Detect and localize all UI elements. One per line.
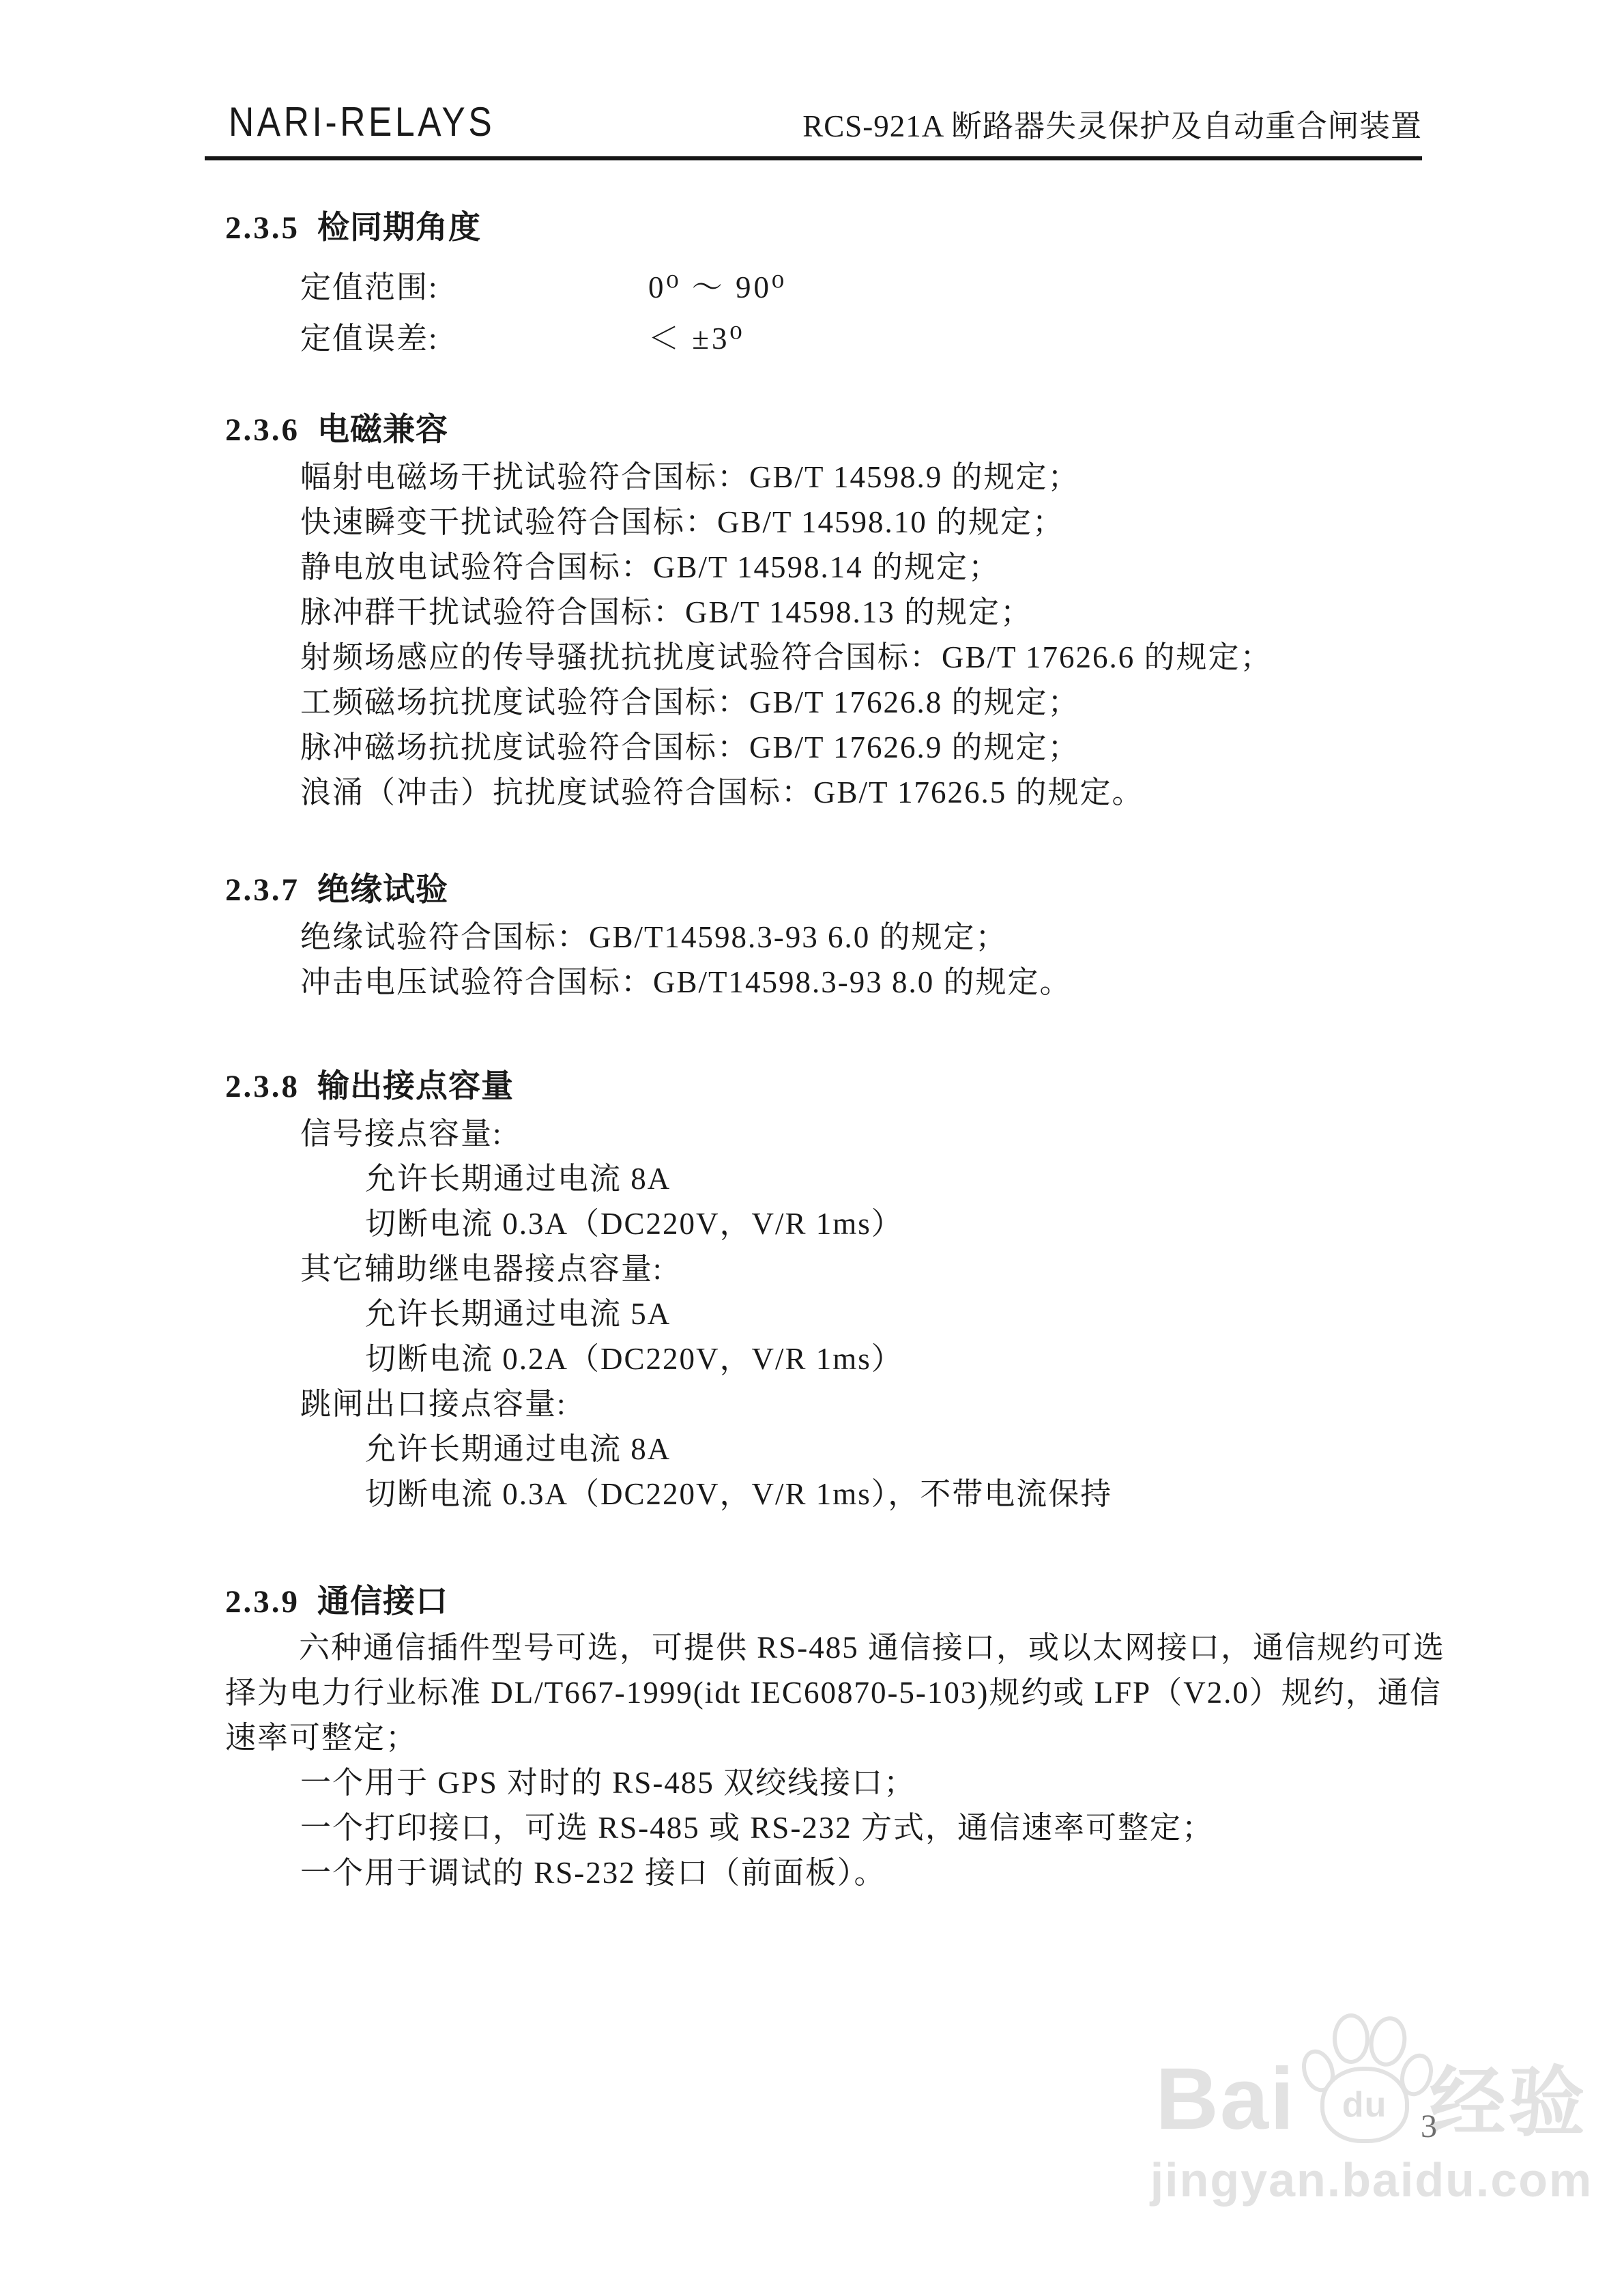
- section-heading: 2.3.6电磁兼容: [225, 410, 1419, 450]
- page-content: 2.3.5检同期角度 定值范围:0⁰ ～ 90⁰ 定值误差:＜ ±3⁰ 2.3.…: [225, 164, 1419, 1895]
- section-communication-interface: 2.3.9通信接口 六种通信插件型号可选，可提供 RS-485 通信接口，或以太…: [225, 1581, 1419, 1895]
- group-heading: 跳闸出口接点容量:: [300, 1381, 1419, 1426]
- body-line: 脉冲磁场抗扰度试验符合国标：GB/T 17626.9 的规定；: [300, 725, 1419, 770]
- section-heading: 2.3.5检同期角度: [225, 207, 1419, 248]
- group-item: 切断电流 0.3A（DC220V，V/R 1ms）: [365, 1201, 1419, 1246]
- spec-row: 定值范围:0⁰ ～ 90⁰: [300, 262, 1419, 313]
- spec-value: ＜ ±3⁰: [648, 321, 745, 356]
- watermark-paw-text: du: [1342, 2084, 1387, 2125]
- page-header: NARI-RELAYS RCS-921A 断路器失灵保护及自动重合闸装置: [205, 101, 1422, 160]
- group-item: 允许长期通过电流 8A: [365, 1156, 1419, 1201]
- watermark-brand-row: Bai du 经验: [1119, 2013, 1624, 2143]
- body-line: 静电放电试验符合国标：GB/T 14598.14 的规定；: [300, 545, 1419, 590]
- section-number: 2.3.9: [225, 1584, 300, 1620]
- spec-label: 定值误差:: [300, 313, 648, 364]
- body-line: 工频磁场抗扰度试验符合国标：GB/T 17626.8 的规定；: [300, 680, 1419, 725]
- body-line: 脉冲群干扰试验符合国标：GB/T 14598.13 的规定；: [300, 590, 1419, 635]
- spec-row: 定值误差:＜ ±3⁰: [300, 313, 1419, 364]
- section-insulation-test: 2.3.7绝缘试验 绝缘试验符合国标：GB/T14598.3-93 6.0 的规…: [225, 870, 1419, 1005]
- body-line: 冲击电压试验符合国标：GB/T14598.3-93 8.0 的规定。: [300, 960, 1419, 1005]
- section-heading: 2.3.9通信接口: [225, 1581, 1419, 1622]
- section-title: 输出接点容量: [317, 1069, 514, 1104]
- body-line: 一个用于 GPS 对时的 RS-485 双绞线接口；: [300, 1760, 1419, 1805]
- paragraph-line: 速率可整定；: [225, 1715, 1419, 1760]
- watermark-brand-cn: 经验: [1430, 2063, 1588, 2143]
- body-line: 浪涌（冲击）抗扰度试验符合国标：GB/T 17626.5 的规定。: [300, 770, 1419, 815]
- section-check-sync-angle: 2.3.5检同期角度 定值范围:0⁰ ～ 90⁰ 定值误差:＜ ±3⁰: [225, 207, 1419, 364]
- section-title: 电磁兼容: [317, 412, 448, 448]
- body-line: 绝缘试验符合国标：GB/T14598.3-93 6.0 的规定；: [300, 915, 1419, 960]
- baidu-paw-icon: du: [1301, 2013, 1424, 2143]
- spec-rows: 定值范围:0⁰ ～ 90⁰ 定值误差:＜ ±3⁰: [225, 262, 1419, 364]
- brand-logo: NARI-RELAYS: [205, 98, 495, 145]
- group-item: 允许长期通过电流 8A: [365, 1426, 1419, 1472]
- spec-label: 定值范围:: [300, 262, 648, 313]
- document-title: RCS-921A 断路器失灵保护及自动重合闸装置: [802, 101, 1422, 145]
- page-number: 3: [1421, 2108, 1437, 2145]
- paragraph-line: 六种通信插件型号可选，可提供 RS-485 通信接口，或以太网接口，通信规约可选: [225, 1625, 1419, 1670]
- section-heading: 2.3.7绝缘试验: [225, 870, 1419, 910]
- section-title: 检同期角度: [317, 210, 481, 246]
- paragraph: 六种通信插件型号可选，可提供 RS-485 通信接口，或以太网接口，通信规约可选…: [225, 1625, 1419, 1760]
- section-number: 2.3.7: [225, 872, 300, 908]
- group-heading: 其它辅助继电器接点容量:: [300, 1246, 1419, 1291]
- body-line: 射频场感应的传导骚扰抗扰度试验符合国标：GB/T 17626.6 的规定；: [300, 635, 1419, 680]
- paragraph-line: 择为电力行业标准 DL/T667-1999(idt IEC60870-5-103…: [225, 1670, 1419, 1715]
- body-line: 幅射电磁场干扰试验符合国标：GB/T 14598.9 的规定；: [300, 455, 1419, 500]
- body-line: 一个打印接口，可选 RS-485 或 RS-232 方式，通信速率可整定；: [300, 1805, 1419, 1850]
- body-line: 一个用于调试的 RS-232 接口（前面板）。: [300, 1850, 1419, 1895]
- watermark-brand-latin: Bai: [1155, 2056, 1295, 2143]
- section-number: 2.3.8: [225, 1069, 300, 1104]
- group-item: 切断电流 0.2A（DC220V，V/R 1ms）: [365, 1336, 1419, 1381]
- section-title: 绝缘试验: [317, 872, 448, 908]
- section-emc: 2.3.6电磁兼容 幅射电磁场干扰试验符合国标：GB/T 14598.9 的规定…: [225, 410, 1419, 815]
- interface-list: 一个用于 GPS 对时的 RS-485 双绞线接口； 一个打印接口，可选 RS-…: [225, 1760, 1419, 1895]
- group-heading: 信号接点容量:: [300, 1111, 1419, 1156]
- section-number: 2.3.6: [225, 412, 300, 448]
- group-item: 允许长期通过电流 5A: [365, 1291, 1419, 1336]
- group-item: 切断电流 0.3A（DC220V，V/R 1ms），不带电流保持: [365, 1472, 1419, 1517]
- document-page: NARI-RELAYS RCS-921A 断路器失灵保护及自动重合闸装置 2.3…: [0, 0, 1624, 2296]
- body-line: 快速瞬变干扰试验符合国标：GB/T 14598.10 的规定；: [300, 500, 1419, 545]
- section-output-contact-capacity: 2.3.8输出接点容量 信号接点容量: 允许长期通过电流 8A 切断电流 0.3…: [225, 1066, 1419, 1517]
- watermark-site-url: jingyan.baidu.com: [1119, 2153, 1624, 2207]
- section-title: 通信接口: [317, 1584, 448, 1620]
- section-number: 2.3.5: [225, 210, 300, 246]
- spec-value: 0⁰ ～ 90⁰: [648, 270, 787, 304]
- section-heading: 2.3.8输出接点容量: [225, 1066, 1419, 1107]
- baidu-jingyan-watermark: Bai du 经验 jingyan.baidu.com: [1119, 2013, 1624, 2207]
